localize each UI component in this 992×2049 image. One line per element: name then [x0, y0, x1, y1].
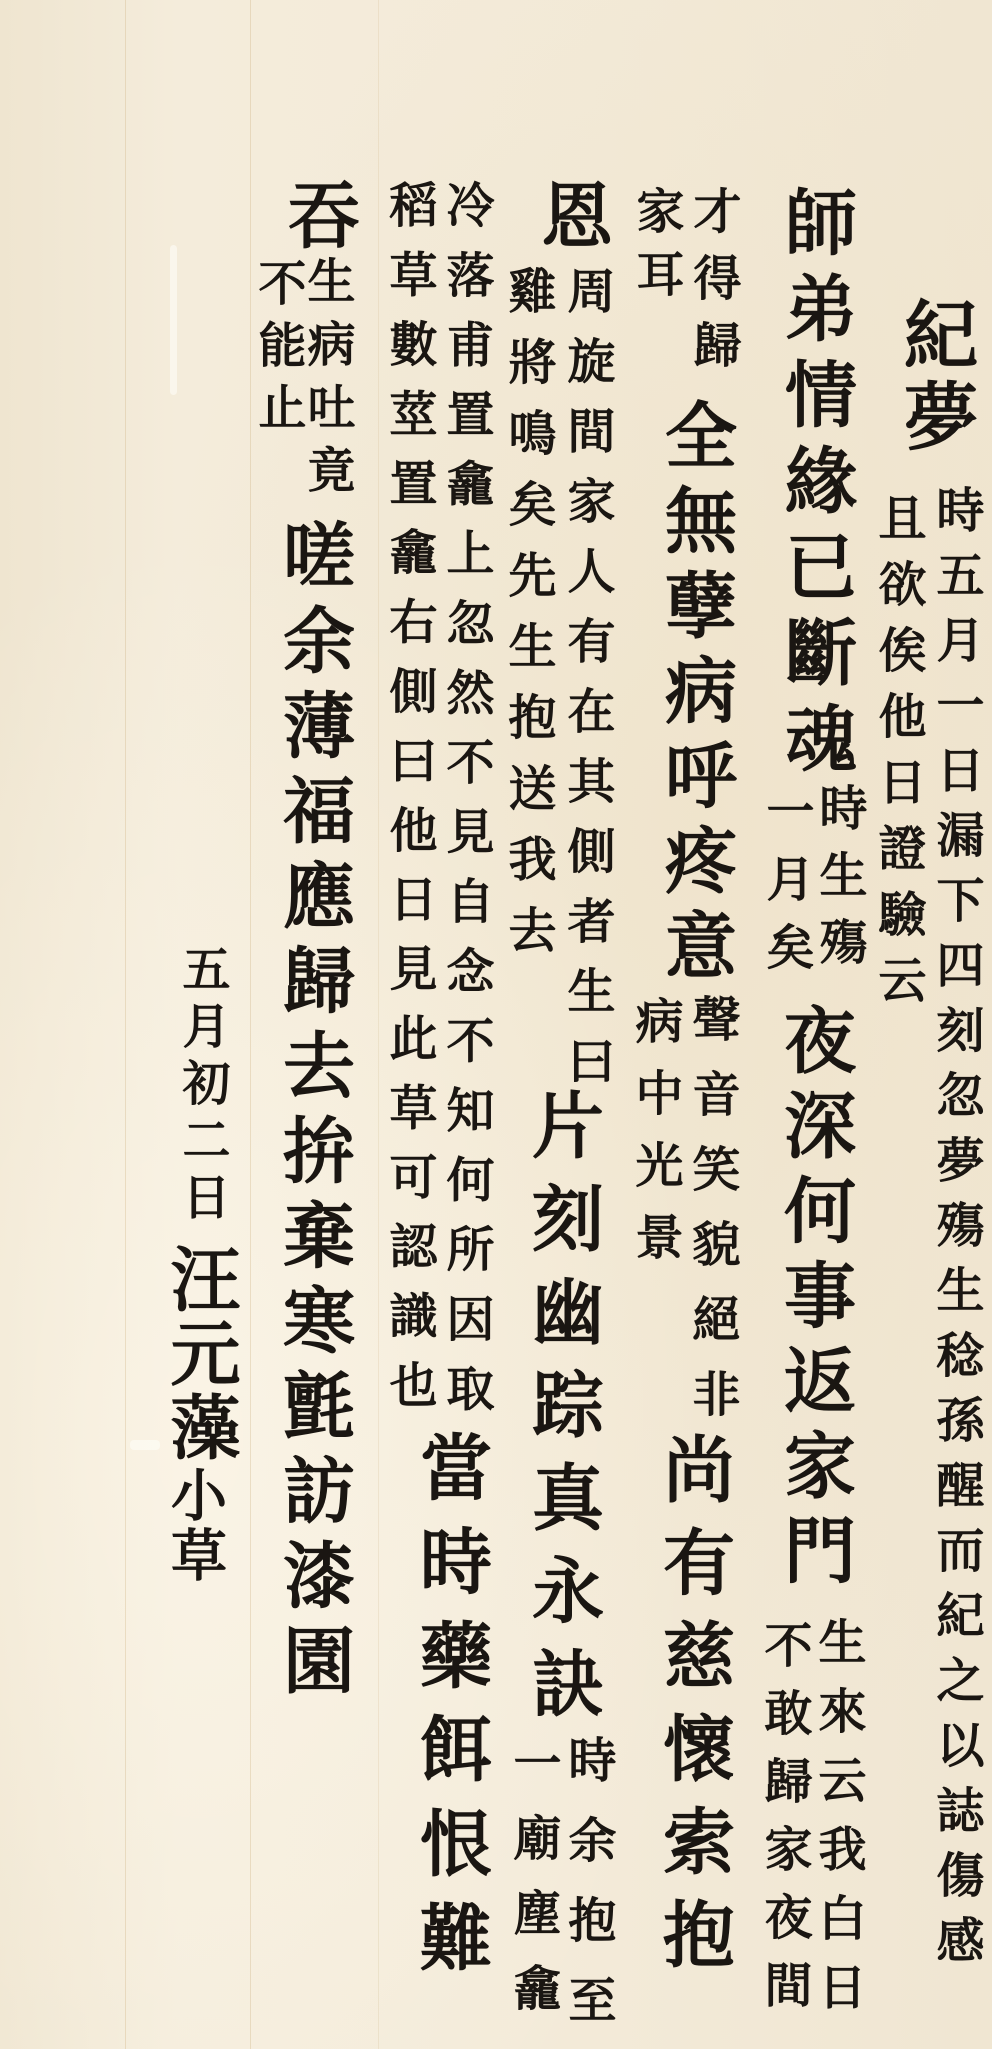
annotation-right: 時余抱至 — [564, 1735, 612, 2049]
poem-text: 當時藥餌恨難 — [414, 1430, 486, 1994]
annotation-right: 生病吐竟 — [303, 256, 351, 508]
annotation-left: 不敢歸家夜間 — [760, 1620, 808, 2028]
preface-note-left: 且欲俟他日證驗云 — [874, 493, 922, 1021]
poem-text: 夜深何事返家門 — [778, 1003, 850, 1598]
poem-text: 片刻幽踪真永訣 — [526, 1088, 598, 1739]
paper-wear-mark — [130, 1440, 160, 1450]
calligraphy-page: 紀夢 時五月一日漏下四刻忽夢殤生稔孫醒而紀之以誌傷感 且欲俟他日證驗云 師弟情緣… — [0, 0, 992, 2049]
annotation-left: 病中光景 — [631, 996, 679, 1284]
title-text: 紀夢 — [898, 296, 972, 460]
paper-fold-line — [378, 0, 379, 2049]
annotation-left: 一廟塵龕 — [509, 1738, 557, 2038]
annotation-left: 雞將鳴矣先生抱送我去 — [504, 266, 552, 976]
annotation-right: 時生殤 — [815, 783, 863, 984]
annotation-right: 周旋間家人有在其側者生曰 — [563, 266, 611, 1106]
annotation-right: 聲音笑貌絕非 — [688, 994, 736, 1444]
annotation-right: 冷落甫置龕上忽然不見自念不知何所因取 — [442, 180, 490, 1433]
preface-note-right: 時五月一日漏下四刻忽夢殤生稔孫醒而紀之以誌傷感 — [932, 485, 980, 1980]
signature-name: 汪元藻 — [165, 1243, 235, 1465]
annotation-right: 生來云我白日 — [814, 1617, 862, 2031]
annotation-left: 一月矣 — [762, 786, 810, 990]
annotation-left: 稻草數莖置龕右側曰他日見此草可認識也 — [385, 180, 433, 1429]
signature-suffix: 小草 — [167, 1466, 223, 1586]
signature-date: 五月初二日 — [178, 944, 226, 1229]
paper-wear-mark — [170, 245, 177, 395]
paper-fold-line — [125, 0, 126, 2049]
annotation-left: 家耳 — [632, 186, 680, 312]
annotation-right: 才得歸 — [689, 186, 737, 387]
poem-text: 師弟情緣已斷魂 — [779, 185, 851, 787]
poem-text: 全無孽病呼疼意 — [659, 398, 731, 993]
annotation-left: 不能止 — [254, 258, 302, 444]
poem-text: 吞 — [282, 178, 354, 250]
poem-text: 嗟余薄福應歸去拚棄寒氈訪漆園 — [277, 518, 349, 1708]
poem-text: 恩 — [535, 178, 607, 250]
poem-text: 尚有慈懷索抱 — [657, 1432, 729, 1990]
